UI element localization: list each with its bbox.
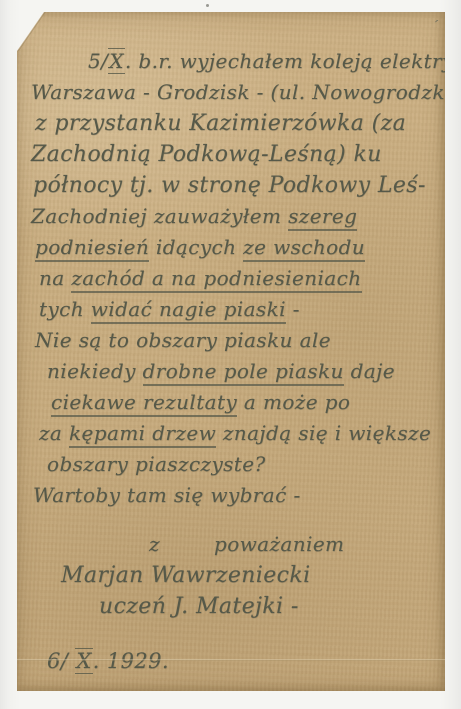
letter-line-signature2: uczeń J. Matejki - [99, 591, 437, 622]
letter-line: Nie są to obszary piasku ale [35, 325, 437, 356]
text-segment: z przystanku Kazimierzówka (za [35, 111, 406, 136]
text-segment: na [39, 266, 71, 290]
text-segment: a może po [237, 390, 350, 414]
letter-line: na zachód a na podniesieniach [39, 263, 437, 294]
text-segment: 6/ [47, 649, 75, 673]
letter-line: niekiedy drobne pole piasku daje [47, 356, 437, 387]
letter-line: Warszawa - Grodzisk - (ul. Nowogrodzka) [31, 77, 437, 108]
text-segment: daje [344, 359, 395, 383]
text-segment: Marjan Wawrzeniecki [61, 563, 311, 588]
letter-line: Wartoby tam się wybrać - [33, 480, 437, 511]
corner-tick-mark: ′ [432, 18, 438, 34]
paper-crease [17, 659, 445, 661]
text-segment: uczeń J. Matejki - [99, 594, 299, 619]
letter-line: 5/X. b.r. wyjechałem koleją elektryczną [88, 46, 437, 77]
dust-speck [206, 4, 209, 7]
underlined-phrase: drobne pole piasku [143, 359, 344, 386]
letter-line: za kępami drzew znajdą się i większe [39, 418, 437, 449]
roman-numeral-month: X [75, 648, 92, 674]
text-segment: z poważaniem [149, 532, 344, 556]
letter-line: z przystanku Kazimierzówka (za [35, 108, 437, 139]
text-segment: obszary piaszczyste? [47, 452, 266, 476]
text-segment: idących [149, 235, 243, 259]
letter-line: ciekawe rezultaty a może po [51, 387, 437, 418]
underlined-phrase: widać nagie piaski [91, 297, 286, 324]
text-segment: północy tj. w stronę Podkowy Leś- [33, 173, 426, 198]
roman-numeral-month: X [108, 48, 125, 74]
text-segment: znajdą się i większe [216, 421, 431, 445]
letter-line: Zachodniej zauważyłem szereg [31, 201, 437, 232]
text-segment: niekiedy [47, 359, 143, 383]
text-segment: 5/ [88, 49, 108, 73]
text-segment: za [39, 421, 69, 445]
underlined-phrase: kępami drzew [69, 421, 216, 448]
text-segment: tych [39, 297, 91, 321]
text-segment: . b.r. wyjechałem koleją elektryczną [125, 49, 461, 73]
letter-line: podniesień idących ze wschodu [35, 232, 437, 263]
letter-line-signature: Marjan Wawrzeniecki [61, 560, 437, 591]
letter-line-valediction: z poważaniem [149, 529, 437, 560]
underlined-phrase: ciekawe rezultaty [51, 390, 237, 417]
text-segment: Zachodniej zauważyłem [31, 204, 288, 228]
text-segment: Zachodnią Podkową-Leśną) ku [31, 142, 382, 167]
letter-paper: ′ 5/X. b.r. wyjechałem koleją elektryczn… [17, 12, 445, 691]
underlined-phrase: podniesień [35, 235, 149, 262]
letter-line-date: 6/ X. 1929. [47, 646, 437, 677]
text-segment: . 1929. [93, 649, 169, 673]
underlined-phrase: szereg [288, 204, 357, 231]
text-segment: Nie są to obszary piasku ale [35, 328, 331, 352]
text-segment: Wartoby tam się wybrać - [33, 483, 301, 507]
text-segment: - [286, 297, 300, 321]
letter-line: północy tj. w stronę Podkowy Leś- [33, 170, 437, 201]
text-segment: Warszawa - Grodzisk - (ul. Nowogrodzka) [31, 80, 461, 104]
letter-body: 5/X. b.r. wyjechałem koleją elektrycznąW… [31, 46, 437, 677]
underlined-phrase: zachód a na podniesieniach [71, 266, 361, 293]
letter-line: tych widać nagie piaski - [39, 294, 437, 325]
letter-line: Zachodnią Podkową-Leśną) ku [31, 139, 437, 170]
scanned-letter: ′ 5/X. b.r. wyjechałem koleją elektryczn… [0, 0, 461, 709]
letter-line: obszary piaszczyste? [47, 449, 437, 480]
underlined-phrase: ze wschodu [243, 235, 365, 262]
